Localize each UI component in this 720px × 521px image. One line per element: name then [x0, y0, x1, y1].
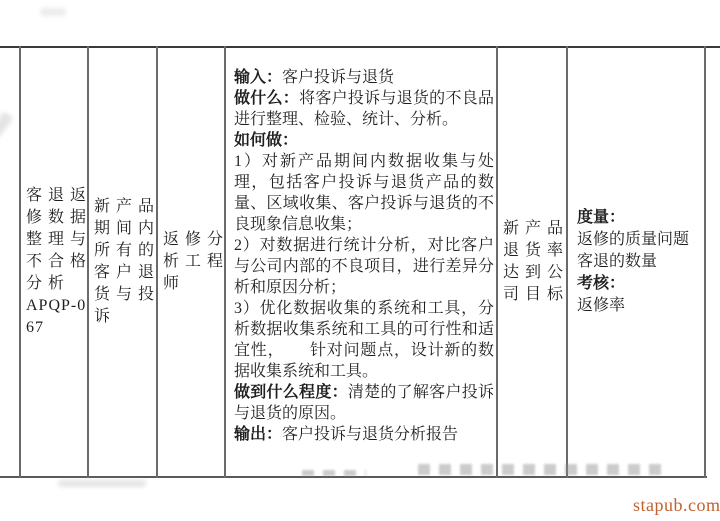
scan-smudge	[58, 480, 146, 487]
table-border-right	[704, 46, 706, 478]
activity-paragraph: 输出：客户投诉与退货分析报告	[234, 424, 494, 445]
activity-text: 客户投诉与退货分析报告	[282, 426, 458, 443]
column-divider	[496, 46, 498, 478]
cell-role: 返修分 析工程 师	[160, 48, 223, 476]
scope-line: 货与投	[91, 284, 155, 306]
scope-line: 客户退	[91, 262, 155, 284]
column-divider	[19, 46, 21, 478]
activity-label: 如何做：	[234, 132, 298, 149]
cell-task: 客退返 修数据 整理与 不合格 分析 APQP-0 67	[23, 48, 86, 476]
activity-text: 2）对数据进行统计分析，对比客户与公司内部的不良项目，进行差异分析和原因分析；	[234, 237, 494, 296]
site-watermark: stapub.com	[633, 495, 720, 516]
task-line: 整理与	[23, 229, 86, 251]
goal-line: 退货率	[500, 240, 565, 262]
metrics-measure-label: 度量：	[577, 207, 702, 229]
metrics-assess-label: 考核：	[577, 273, 702, 295]
scan-smudge	[40, 8, 66, 16]
metrics-assess-item: 返修率	[577, 295, 702, 317]
scope-line: 所有的	[91, 240, 155, 262]
table-border-bottom	[0, 476, 707, 478]
activity-text: 3）优化数据收集的系统和工具，分析数据收集系统和工具的可行性和适宜性， 针对问题…	[234, 300, 494, 380]
activity-label: 输出：	[234, 426, 282, 443]
activity-label: 输入：	[234, 69, 282, 86]
metrics-measure-item: 客退的数量	[577, 251, 702, 273]
task-line: 客退返	[23, 185, 86, 207]
task-line: 不合格	[23, 251, 86, 273]
activity-paragraph: 3）优化数据收集的系统和工具，分析数据收集系统和工具的可行性和适宜性， 针对问题…	[234, 298, 494, 382]
goal-line: 司目标	[500, 284, 565, 306]
task-code-line: 67	[23, 317, 86, 339]
role-line: 师	[160, 273, 223, 295]
scope-line: 诉	[91, 306, 155, 328]
role-line: 返修分	[160, 229, 223, 251]
goal-line: 达到公	[500, 262, 565, 284]
scan-smudge	[0, 111, 14, 139]
document-page: 客退返 修数据 整理与 不合格 分析 APQP-0 67 新产品 期间内 所有的…	[0, 0, 720, 521]
activity-paragraph: 1）对新产品期间内数据收集与处理，包括客户投诉与退货产品的数量、区域收集、客户投…	[234, 151, 494, 235]
activity-paragraph: 如何做：	[234, 130, 494, 151]
task-code-line: APQP-0	[23, 295, 86, 317]
activity-paragraph: 2）对数据进行统计分析，对比客户与公司内部的不良项目，进行差异分析和原因分析；	[234, 235, 494, 298]
task-line: 修数据	[23, 207, 86, 229]
activity-text: 客户投诉与退货	[282, 69, 394, 86]
activity-label: 做什么：	[234, 90, 299, 107]
role-line: 析工程	[160, 251, 223, 273]
metrics-measure-item: 返修的质量问题	[577, 229, 702, 251]
activity-paragraph: 做什么：将客户投诉与退货的不良品进行整理、检验、统计、分析。	[234, 88, 494, 130]
cell-scope: 新产品 期间内 所有的 客户退 货与投 诉	[91, 48, 155, 476]
task-line: 分析	[23, 273, 86, 295]
cell-metrics: 度量： 返修的质量问题 客退的数量 考核： 返修率	[570, 48, 702, 476]
scope-line: 期间内	[91, 218, 155, 240]
activity-paragraph: 输入：客户投诉与退货	[234, 67, 494, 88]
activity-text: 1）对新产品期间内数据收集与处理，包括客户投诉与退货产品的数量、区域收集、客户投…	[234, 153, 494, 233]
activity-paragraph: 做到什么程度：清楚的了解客户投诉与退货的原因。	[234, 382, 494, 424]
cell-activity: 输入：客户投诉与退货 做什么：将客户投诉与退货的不良品进行整理、检验、统计、分析…	[227, 48, 495, 476]
activity-label: 做到什么程度：	[234, 384, 348, 401]
cell-goal: 新产品 退货率 达到公 司目标	[500, 48, 565, 476]
scope-line: 新产品	[91, 196, 155, 218]
goal-line: 新产品	[500, 218, 565, 240]
